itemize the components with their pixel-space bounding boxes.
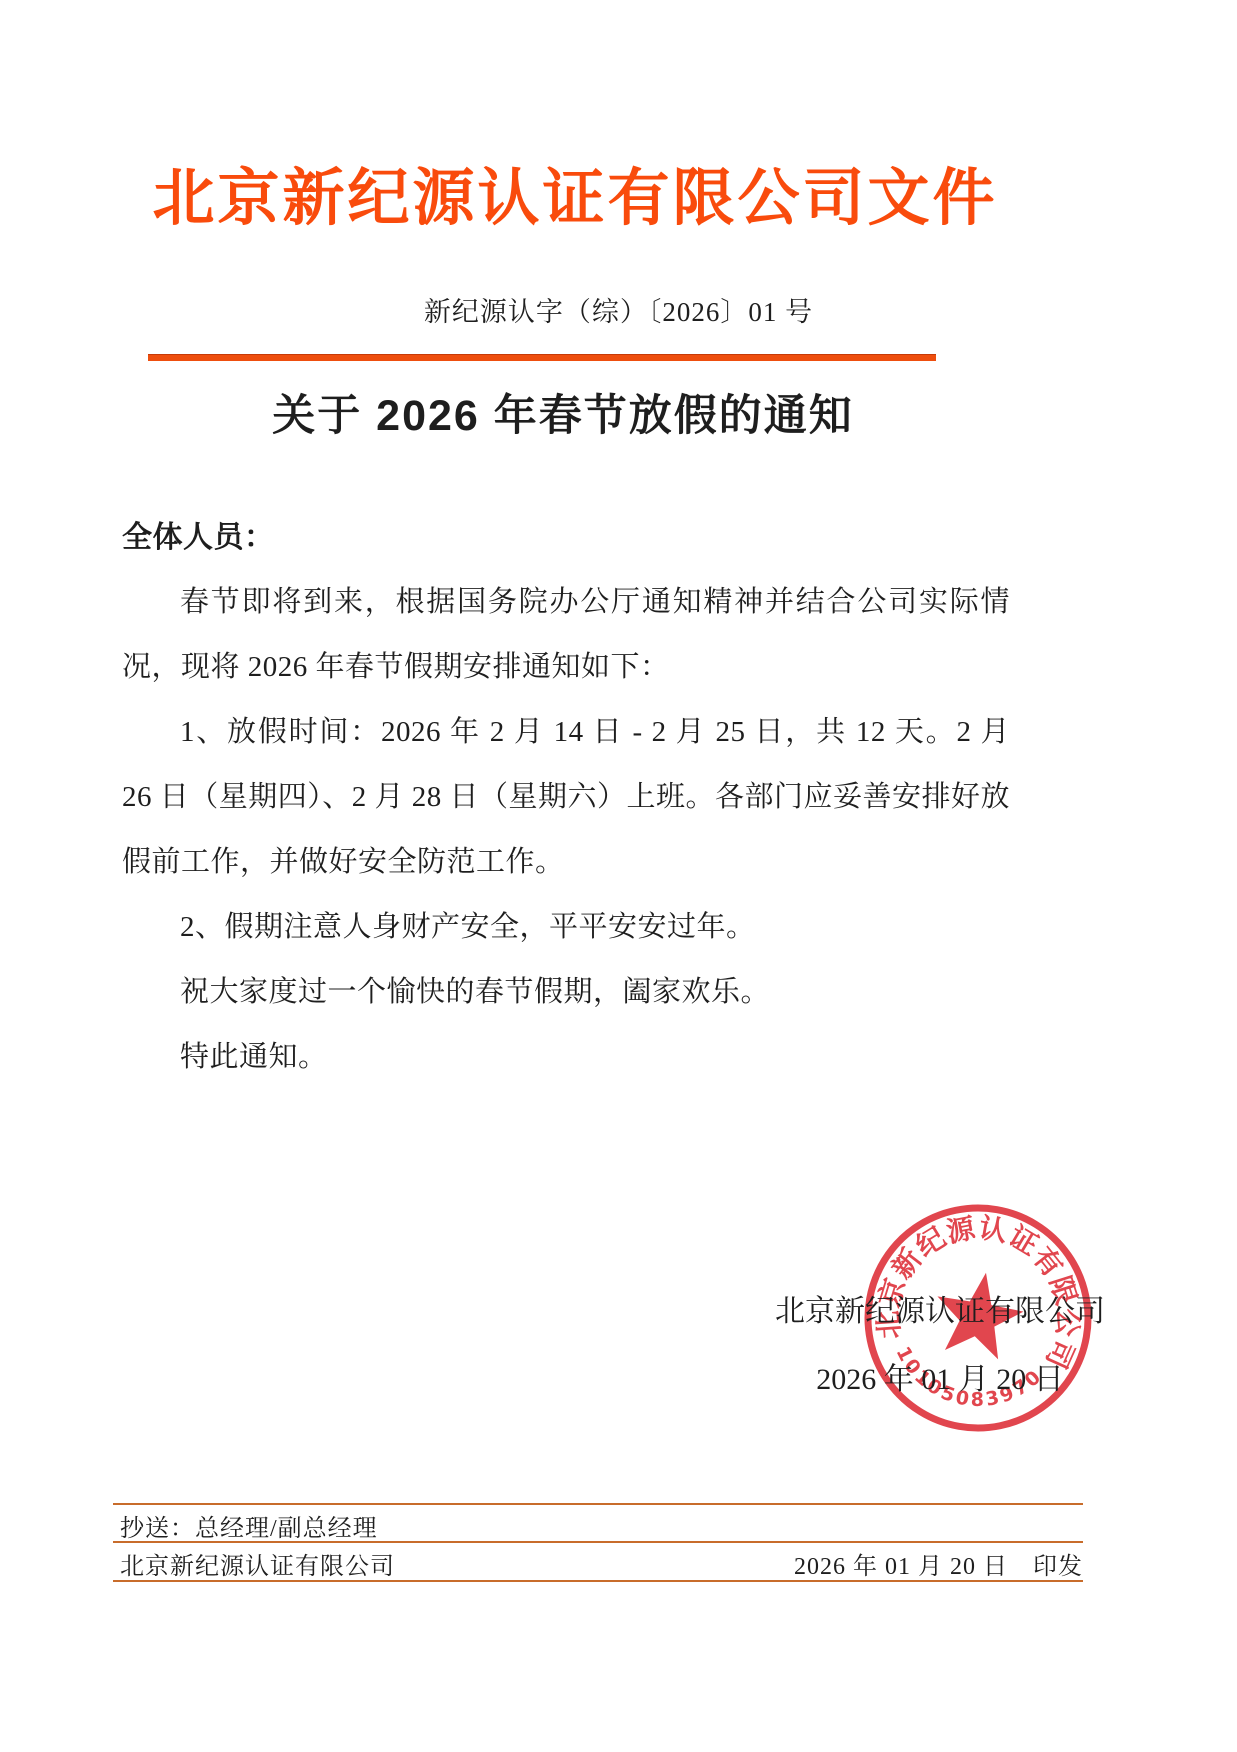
signature-company: 北京新纪源认证有限公司 <box>730 1292 1150 1332</box>
paragraph: 1、放假时间：2026 年 2 月 14 日 - 2 月 25 日，共 12 天… <box>122 700 1010 895</box>
footer-rule-top <box>113 1503 1083 1505</box>
issue-date-info: 2026 年 01 月 20 日 印发 <box>794 1546 1083 1581</box>
document-page: 北京新纪源认证有限公司文件 新纪源认字（综）〔2026〕01 号 关于 2026… <box>0 0 1237 1752</box>
footer-rule-middle <box>113 1541 1083 1543</box>
header-divider-rule <box>148 354 936 361</box>
signature-date: 2026 年 01 月 20 日 <box>730 1360 1150 1400</box>
paragraph: 特此通知。 <box>122 1025 1010 1090</box>
paragraph: 祝大家度过一个愉快的春节假期，阖家欢乐。 <box>122 960 1010 1025</box>
notice-body: 全体人员： 春节即将到来，根据国务院办公厅通知精神并结合公司实际情况，现将 20… <box>122 505 1010 1090</box>
document-header-title: 北京新纪源认证有限公司文件 <box>0 148 1150 237</box>
paragraph: 2、假期注意人身财产安全，平平安安过年。 <box>122 895 1010 960</box>
cc-line: 抄送：总经理/副总经理 <box>120 1508 378 1543</box>
issuer-row: 北京新纪源认证有限公司 2026 年 01 月 20 日 印发 <box>120 1546 1083 1581</box>
paragraph: 春节即将到来，根据国务院办公厅通知精神并结合公司实际情况，现将 2026 年春节… <box>122 570 1010 700</box>
signature-block: 北京新纪源认证有限公司 2026 年 01 月 20 日 <box>730 1292 1150 1400</box>
salutation: 全体人员： <box>122 505 1010 570</box>
document-number: 新纪源认字（综）〔2026〕01 号 <box>0 290 1237 329</box>
footer-rule-bottom <box>113 1580 1083 1582</box>
issuer-company: 北京新纪源认证有限公司 <box>120 1546 395 1581</box>
notice-title: 关于 2026 年春节放假的通知 <box>130 382 996 443</box>
